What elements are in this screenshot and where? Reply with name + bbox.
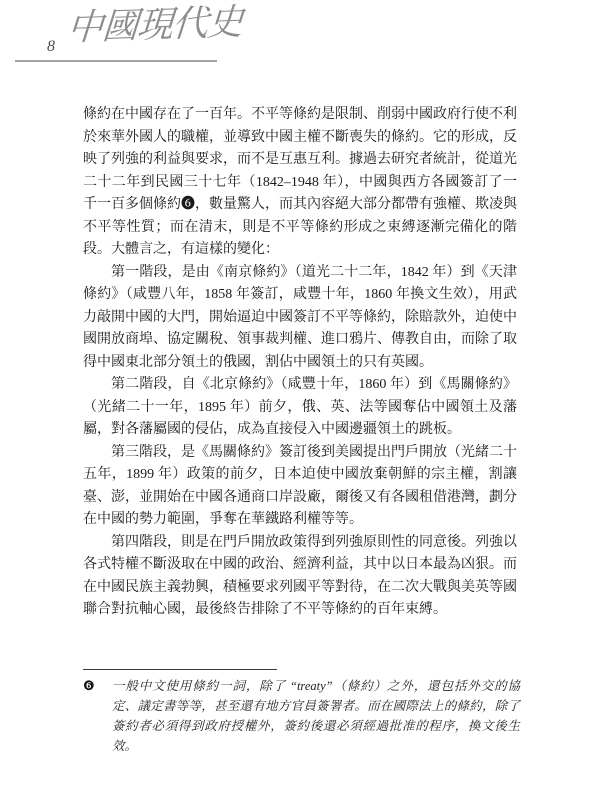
paragraph-stage-2: 第二階段，自《北京條約》（咸豐十年，1860 年）到《馬關條約》（光緒二十一年，… bbox=[83, 374, 517, 442]
book-page: 8 中國現代史 條約在中國存在了一百年。不平等條約是限制、削弱中國政府行使不利於… bbox=[0, 0, 593, 800]
paragraph-stage-1: 第一階段，是由《南京條約》（道光二十二年，1842 年）到《天津條約》（咸豐八年… bbox=[83, 262, 517, 375]
paragraph-stage-4: 第四階段，則是在門戶開放政策得到列強原則性的同意後。列強以各式特權不斷汲取在中國… bbox=[83, 532, 517, 622]
footnote-text: 一般中文使用條約一詞，除了 “treaty”（條約）之外，還包括外交的協定、議定… bbox=[112, 676, 520, 756]
paragraph-continuation: 條約在中國存在了一百年。不平等條約是限制、削弱中國政府行使不利於來華外國人的職權… bbox=[83, 104, 517, 262]
paragraph-stage-3: 第三階段，是《馬關條約》簽訂後到美國提出門戶開放（光緒二十五年，1899 年）政… bbox=[83, 442, 517, 532]
footnote-marker: ❻ bbox=[83, 676, 112, 696]
page-body: 條約在中國存在了一百年。不平等條約是限制、削弱中國政府行使不利於來華外國人的職權… bbox=[83, 104, 517, 622]
header-rule bbox=[15, 60, 217, 62]
footnote: ❻ 一般中文使用條約一詞，除了 “treaty”（條約）之外，還包括外交的協定、… bbox=[83, 676, 520, 756]
book-title-calligraphy: 中國現代史 bbox=[66, 4, 243, 46]
page-number: 8 bbox=[47, 38, 55, 56]
footnote-rule bbox=[83, 669, 277, 670]
